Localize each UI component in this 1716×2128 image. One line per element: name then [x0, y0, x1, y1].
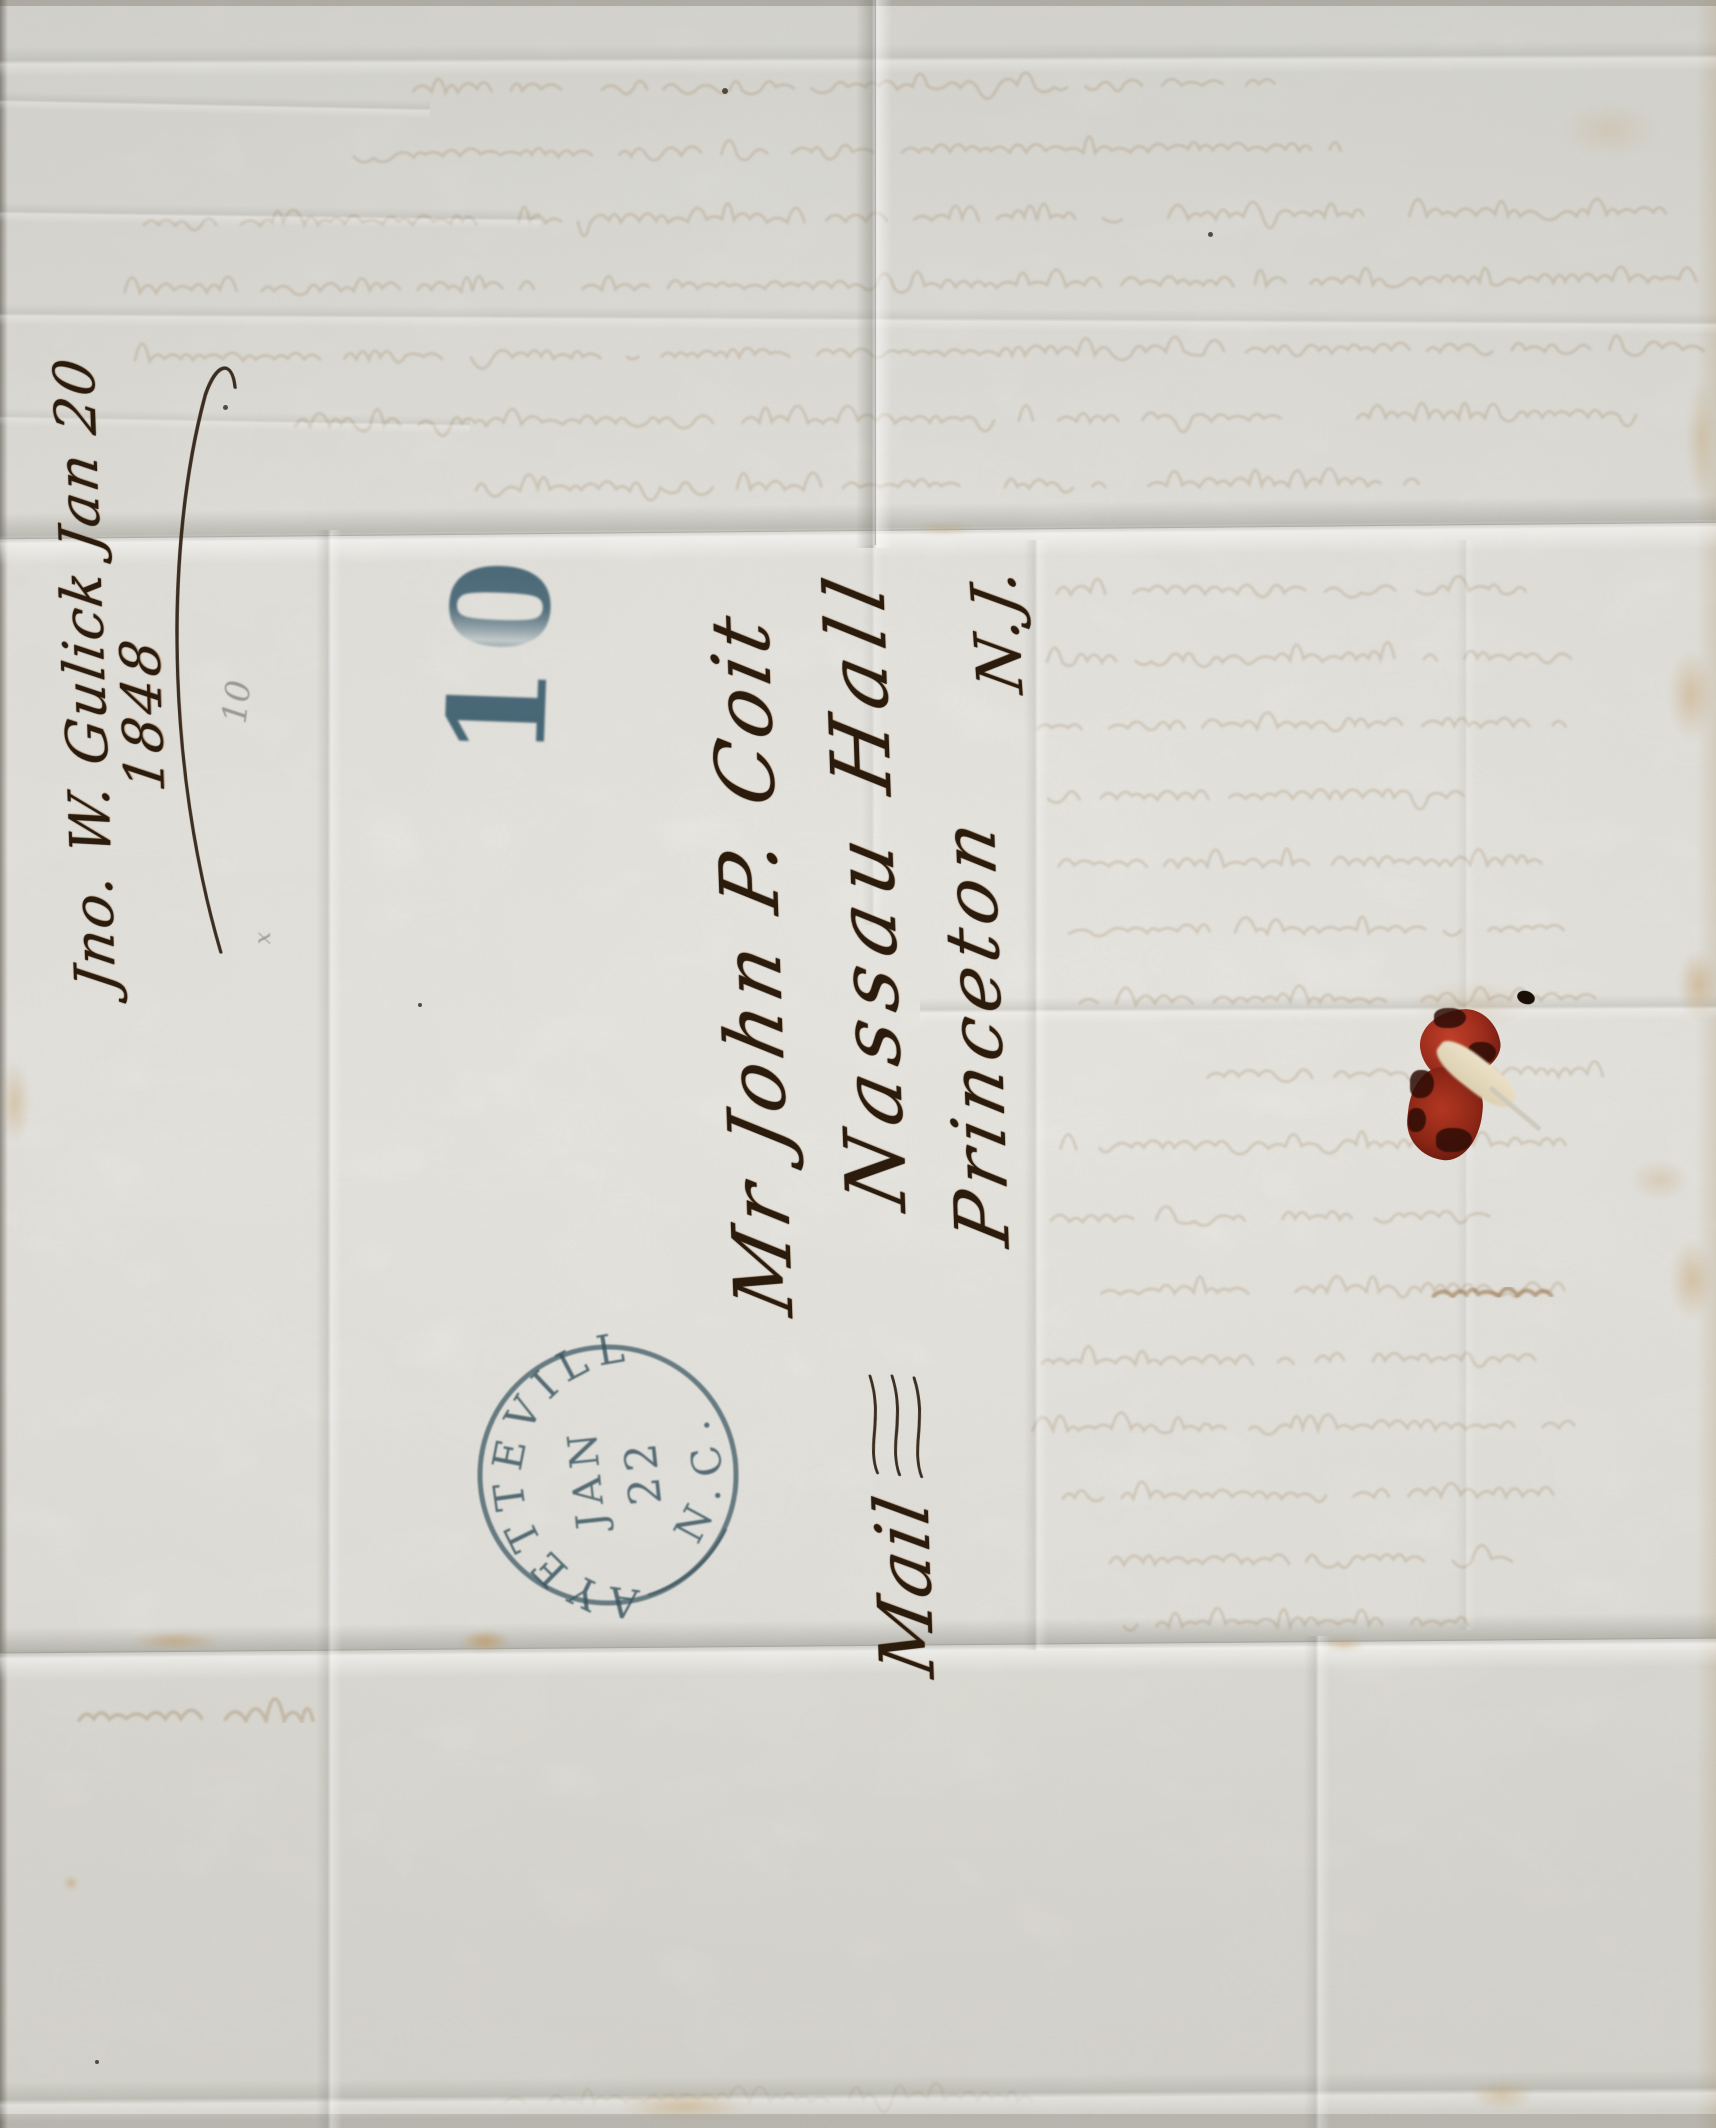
showthrough-script-row [1038, 710, 1566, 733]
showthrough-script-row [504, 2082, 1112, 2115]
showthrough-script-row [1057, 576, 1526, 600]
fold-crease-line [0, 2070, 1716, 2122]
showthrough-script-row [476, 468, 1419, 502]
fold-crease-line [0, 41, 1716, 77]
foxing-stain-spot [0, 1060, 30, 1144]
showthrough-script-row [1047, 641, 1571, 668]
address-line-state: N.J. [943, 530, 1049, 726]
rate-handstamp-value: 10 [417, 545, 582, 761]
address-city-text: Princeton [925, 808, 1027, 1253]
docket-note: Jno. W. Gulick Jan 20 1848 [39, 276, 265, 1014]
showthrough-script-row [413, 71, 1274, 103]
showthrough-script-row [1110, 1545, 1512, 1570]
showthrough-script-row [1059, 847, 1542, 869]
showthrough-script-row [1048, 789, 1463, 812]
address-state-text: N.J. [955, 559, 1038, 698]
showthrough-script-row [79, 1699, 313, 1723]
foxing-stain-spot [1322, 1636, 1366, 1652]
ink-blot-dot [1515, 989, 1536, 1007]
showthrough-script-row [1042, 1343, 1535, 1370]
showthrough-script-row [354, 135, 1341, 163]
pencil-check-mark: x [250, 923, 276, 953]
showthrough-script-row [1124, 1606, 1468, 1630]
ink-speck [1208, 232, 1213, 237]
showthrough-script-row [295, 400, 1636, 438]
address-recipient-text: Mr John P. Coit [693, 602, 811, 1321]
showthrough-script-row [1063, 1479, 1553, 1504]
edge-top-shadow [0, 0, 1716, 6]
postmark-town-text: FAYETTEVILLE [458, 1325, 642, 1625]
foxing-stain-spot [1560, 100, 1660, 160]
pencil-rate-note: 10 [210, 660, 263, 745]
foxing-stain-spot [130, 1632, 220, 1650]
showthrough-script-row [1079, 983, 1642, 1007]
foxing-stain-spot [1686, 380, 1716, 500]
foxing-stain-spot [1678, 950, 1716, 1020]
fold-crease-line [0, 521, 1716, 541]
foxing-stain-spot [1668, 650, 1714, 740]
postmark-day-text: 22 [614, 1435, 672, 1508]
foxing-stain-spot [1670, 1240, 1714, 1320]
fayetteville-postmark: FAYETTEVILLE N.C. JAN 22 [458, 1325, 758, 1625]
address-line-recipient: Mr John P. Coit [682, 550, 823, 1374]
showthrough-script-row [1051, 1204, 1489, 1226]
fold-crease-line [856, 0, 892, 548]
foxing-stain-spot [620, 2092, 750, 2120]
showthrough-script-row [124, 265, 1696, 298]
address-line-city: Princeton [916, 789, 1037, 1271]
mail-endorsement-text: Mail [859, 1488, 952, 1682]
folded-letter-cover: Jno. W. Gulick Jan 20 1848 10 x 10 Mr Jo… [0, 0, 1716, 2128]
fold-crease-line [0, 202, 540, 230]
fold-crease-line [920, 994, 1716, 1024]
fold-crease-line [0, 304, 1716, 335]
showthrough-script-row [1101, 1274, 1564, 1300]
fold-crease-line [1304, 1636, 1330, 2128]
edge-right-warm [1696, 0, 1716, 2128]
address-building-text: Nassau Hall [807, 559, 925, 1216]
fold-crease-line [0, 91, 430, 118]
showthrough-script-row [135, 333, 1704, 371]
foxing-stain-spot [1470, 2080, 1534, 2110]
docket-flourish-stroke [140, 314, 260, 987]
showthrough-script-row [1069, 915, 1564, 938]
foxing-stain-spot [64, 1876, 78, 1890]
showthrough-script-row [1032, 1409, 1574, 1436]
tone-top-band [0, 0, 1716, 530]
pencil-rate-note-text: 10 [215, 678, 260, 726]
ink-speck [95, 2060, 99, 2064]
fold-crease-line [874, 0, 878, 545]
ink-speck [418, 1003, 422, 1007]
pencil-check-mark-text: x [251, 932, 276, 944]
foxing-stain-spot [1630, 1160, 1690, 1200]
fold-crease-line [316, 530, 342, 2128]
mail-flourish-stroke [855, 1354, 944, 1489]
mail-endorsement: Mail [838, 1333, 967, 1703]
edge-bottom-shadow [0, 2114, 1716, 2128]
showthrough-script-row [1434, 1288, 1552, 1297]
rate-handstamp-10: 10 [411, 545, 588, 761]
address-line-building: Nassau Hall [798, 536, 935, 1240]
showthrough-script-row [144, 197, 1666, 239]
postmark-month-text: JAN [559, 1423, 616, 1535]
ink-speck [722, 88, 728, 94]
foxing-stain-spot [460, 1630, 510, 1652]
tone-bottom-band [0, 1650, 1716, 2128]
edge-left-shadow [0, 0, 8, 2128]
wax-seal-remnant [1402, 1008, 1552, 1178]
svg-text:FAYETTEVILLE: FAYETTEVILLE [458, 1325, 642, 1625]
